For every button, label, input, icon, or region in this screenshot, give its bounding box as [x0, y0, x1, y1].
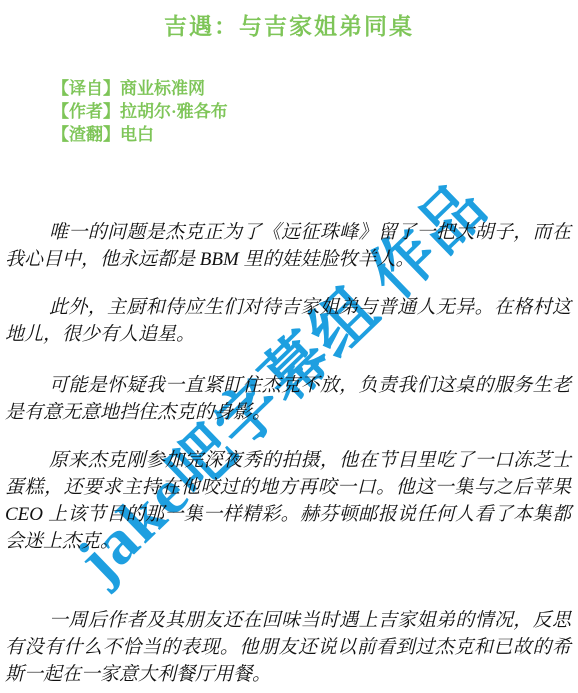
meta-author: 【作者】拉胡尔·雅各布	[52, 100, 578, 123]
meta-translated-from: 【译自】商业标准网	[52, 77, 578, 100]
paragraph: 唯一的问题是杰克正为了《远征珠峰》留了一把大胡子，而在我心目中，他永远都是 BB…	[5, 219, 571, 273]
article-meta: 【译自】商业标准网 【作者】拉胡尔·雅各布 【渣翻】电白	[0, 77, 578, 146]
page-title: 吉遇：与吉家姐弟同桌	[0, 0, 578, 41]
meta-translator: 【渣翻】电白	[52, 123, 578, 146]
article-body: 唯一的问题是杰克正为了《远征珠峰》留了一把大胡子，而在我心目中，他永远都是 BB…	[0, 219, 578, 688]
paragraph: 此外，主厨和侍应生们对待吉家姐弟与普通人无异。在格村这地儿，很少有人追星。	[5, 294, 571, 348]
document-page: jake吧字幕组 作品 吉遇：与吉家姐弟同桌 【译自】商业标准网 【作者】拉胡尔…	[0, 0, 578, 693]
paragraph: 原来杰克刚参加完深夜秀的拍摄，他在节目里吃了一口冻芝士蛋糕，还要求主持在他咬过的…	[5, 447, 571, 555]
paragraph: 一周后作者及其朋友还在回味当时遇上吉家姐弟的情况，反思有没有什么不恰当的表现。他…	[5, 607, 571, 688]
paragraph: 可能是怀疑我一直紧盯住杰克不放，负责我们这桌的服务生老是有意无意地挡住杰克的身影…	[5, 372, 571, 426]
